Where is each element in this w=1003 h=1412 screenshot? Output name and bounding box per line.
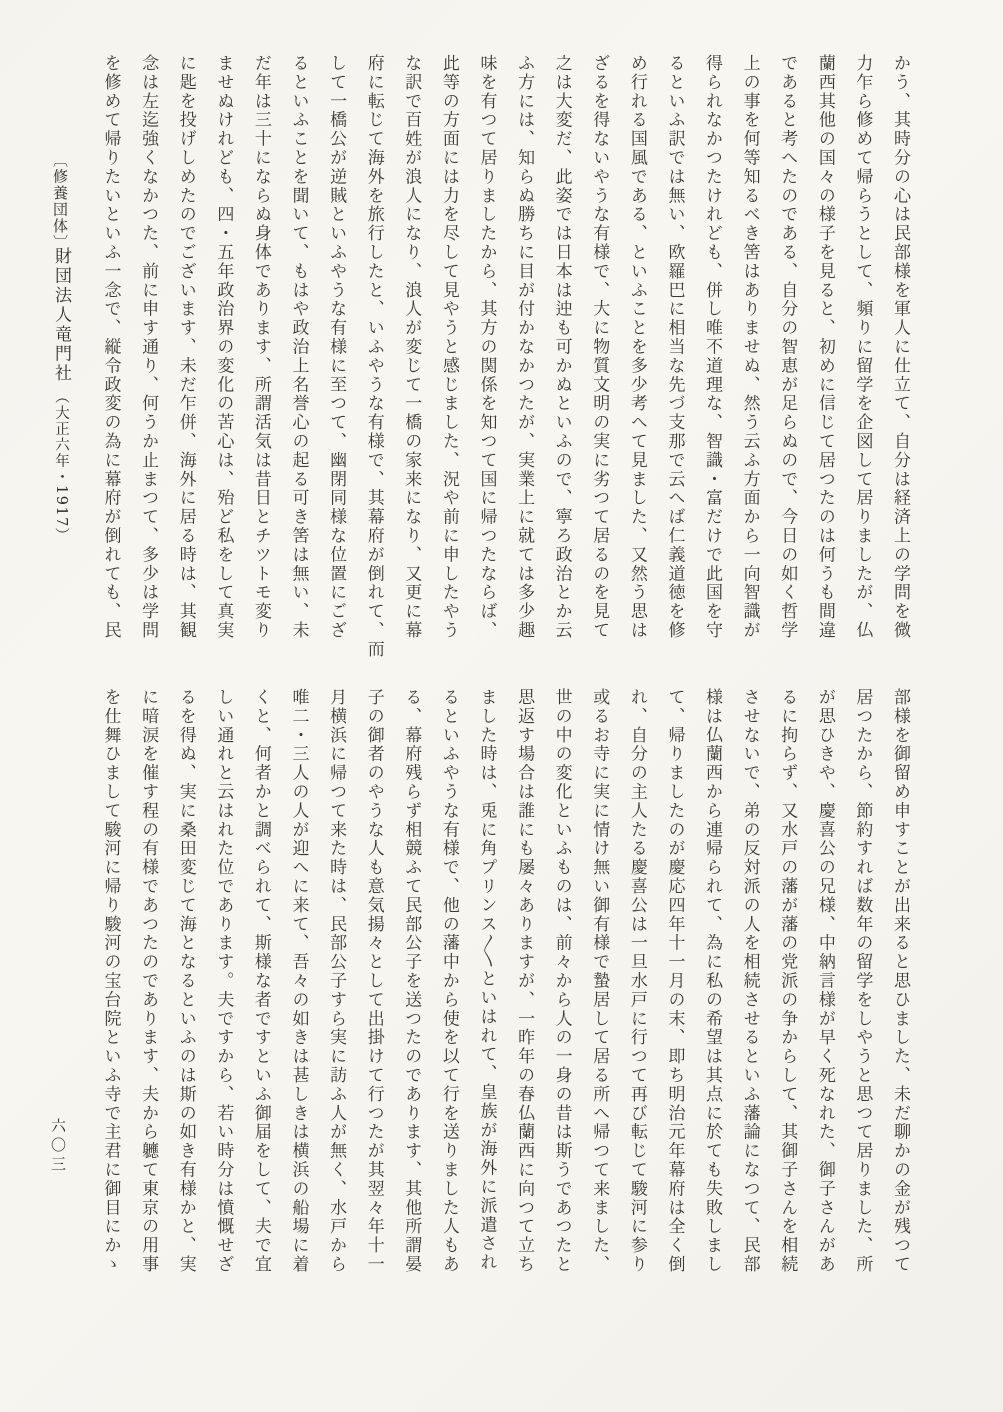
text-column: 此等の方面には力を尽して見やうと感じました、況や前に申したやう [429,54,467,672]
text-column: るに拘らず、又水戸の藩が藩の党派の争からして、其御子さんを相続 [768,688,806,1306]
paragraph-block-1: かう、其時分の心は民部様を軍人に仕立て、自分は経済上の学問を微 力乍ら修めて帰ら… [90,54,918,672]
text-column: を修めて帰りたいといふ一念で、縦令政変の為に幕府が倒れても、民 [91,54,129,672]
paragraph-block-2: 部様を御留め申すことが出来ると思ひました、未だ聊かの金が残つて 居つたから、節約… [90,688,918,1306]
text-column: 部様を御留め申すことが出来ると思ひました、未だ聊かの金が残つて [880,688,918,1306]
text-column: だ年は三十にならぬ身体であります、所謂活気は昔日とチツトモ変り [241,54,279,672]
text-column: 月横浜に帰つて来た時は、民部公子すら実に訪ふ人が無く、水戸から [317,688,355,1306]
text-column: に暗涙を催す程の有様であつたのであります、夫から軈て東京の用事 [129,688,167,1306]
text-column: 力乍ら修めて帰らうとして、頻りに留学を企図して居りましたが、仏 [843,54,881,672]
text-column: るといふ訳では無い、欧羅巴に相当な先づ支那で云へば仁義道徳を修 [655,54,693,672]
text-column: かう、其時分の心は民部様を軍人に仕立て、自分は経済上の学問を微 [880,54,918,672]
text-column: な訳で百姓が浪人になり、浪人が変じて一橋の家来になり、又更に幕 [392,54,430,672]
text-column: 念は左迄強くなかつた、前に申す通り、何うか止まつて、多少は学問 [129,54,167,672]
text-column: 様は仏蘭西から連帰られて、為に私の希望は其点に於ても失敗しまし [692,688,730,1306]
text-column: 思返す場合は誰にも屡々ありますが、一昨年の春仏蘭西に向つて立ち [504,688,542,1306]
text-column: ました時は、兎に角プリンス〱といはれて、皇族が海外に派遣され [467,688,505,1306]
text-column: て、帰りましたのが慶応四年十一月の末、即ち明治元年幕府は全く倒 [655,688,693,1306]
publication-year: （大正六年・1917） [51,389,72,544]
text-column: であると考へたのである、自分の智恵が足らぬので、今日の如く哲学 [768,54,806,672]
organization-title: 財団法人竜門社 [49,247,74,384]
text-column: 世の中の変化といふものは、前々から人の一身の昔は斯うであつたと [542,688,580,1306]
page-number: 六〇三 [48,1118,69,1175]
text-column: る、幕府残らず相競ふて民部公子を送つたのであります、其他所謂晏 [392,688,430,1306]
text-column: るを得ぬ、実に桑田変じて海となるといふのは斯の如き有様かと、実 [166,688,204,1306]
text-column: ふ方には、知らぬ勝ちに目が付かなかつたが、実業上に就ては多少趣 [504,54,542,672]
text-column: ませぬけれども、四・五年政治界の変化の苦心は、殆ど私をして真実 [204,54,242,672]
text-column: 或るお寺に実に情け無い御有様で蟄居して居る所へ帰つて来ました、 [580,688,618,1306]
text-column: させないで、弟の反対派の人を相続させるといふ藩論になつて、民部 [730,688,768,1306]
text-column: して一橋公が逆賊といふやうな有様に至つて、幽閉同様な位置にござ [317,54,355,672]
text-column: に匙を投げしめたのでございます、未だ乍併、海外に居る時は、其観 [166,54,204,672]
text-column: 唯二・三人の人が迎へに来て、吾々の如きは甚しきは横浜の船場に着 [279,688,317,1306]
text-column: を仕舞ひまして駿河に帰り駿河の宝台院といふ寺で主君に御目にかゝ [91,688,129,1306]
text-column: 子の御者のやうな人も意気揚々として出掛けて行つたが其翌々年十一 [354,688,392,1306]
text-column: るといふことを聞いて、もはや政治上名誉心の起る可き筈は無い、未 [279,54,317,672]
text-column: 味を有つて居りましたから、其方の関係を知つて国に帰つたならば、 [467,54,505,672]
text-column: ざるを得ないやうな有様で、大に物質文明の実に劣つて居るのを見て [580,54,618,672]
text-column: 之は大変だ、此姿では日本は迚も可かぬといふので、寧ろ政治とか云 [542,54,580,672]
text-column: め行れる国風である、といふことを多少考へて見ました、又然う思は [617,54,655,672]
text-column: が思ひきや、慶喜公の兄様、中納言様が早く死なれた、御子さんがあ [805,688,843,1306]
text-column: しい通れと云はれた位であります。夫ですから、若い時分は憤慨せざ [204,688,242,1306]
section-category-label: 〔修養団体〕 [50,152,71,251]
scanned-document-page: 〔修養団体〕 財団法人竜門社 （大正六年・1917） かう、其時分の心は民部様を… [0,0,1003,1412]
text-column: くと、何者かと調べられて、斯様な者ですといふ御届をして、夫で宜 [241,688,279,1306]
text-column: 得られなかつたけれども、併し唯不道理な、智識・富だけで此国を守 [692,54,730,672]
text-column: 上の事を何等知るべき筈はありませぬ、然う云ふ方面から一向智識が [730,54,768,672]
text-column: 居つたから、節約すれば数年の留学をしやうと思つて居りました、所 [843,688,881,1306]
text-column: 蘭西其他の国々の様子を見ると、初めに信じて居つたのは何うも間違 [805,54,843,672]
text-column: 府に転じて海外を旅行したと、いふやうな有様で、其幕府が倒れて、而 [354,54,392,672]
text-column: れ、自分の主人たる慶喜公は一旦水戸に行つて再び転じて駿河に参り [617,688,655,1306]
text-column: るといふやうな有様で、他の藩中から使を以て行を送りました人もあ [429,688,467,1306]
